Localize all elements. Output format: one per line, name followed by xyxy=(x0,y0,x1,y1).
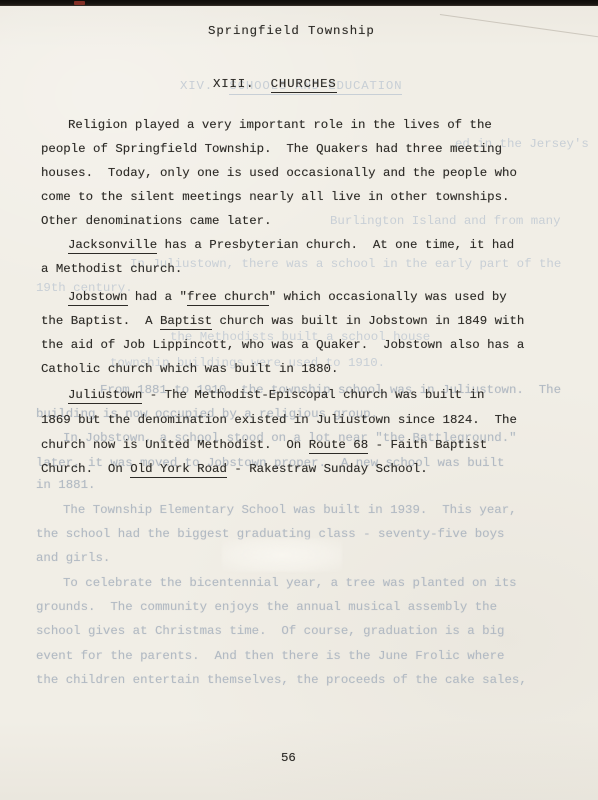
text-line: Catholic church which was built in 1880. xyxy=(41,362,338,377)
text-line: the Baptist. A Baptist church was built … xyxy=(41,314,524,329)
text-line: houses. Today, only one is used occasion… xyxy=(41,166,517,181)
text-line: a Methodist church. xyxy=(41,262,182,277)
text-segment: XIII. xyxy=(213,77,271,91)
text-segment: come to the silent meetings nearly all l… xyxy=(41,190,509,204)
text-segment: the children entertain themselves, the p… xyxy=(36,673,527,687)
text-segment: church was built in Jobstown in 1849 wit… xyxy=(212,314,524,328)
red-ink-mark xyxy=(74,1,85,5)
text-line: 1869 but the denomination existed in Jul… xyxy=(41,413,517,428)
text-segment: Church. On xyxy=(41,462,130,476)
text-segment: and girls. xyxy=(36,551,110,565)
underlined-text-segment: Baptist xyxy=(160,314,212,330)
ghost-text-line: the school had the biggest graduating cl… xyxy=(36,527,504,542)
ghost-text-line: In Juliustown, there was a school in the… xyxy=(130,257,561,272)
text-segment: has a Presbyterian church. At one time, … xyxy=(157,238,514,252)
underlined-text-segment: free church xyxy=(187,290,269,306)
ghost-text-line: Burlington Island and from many xyxy=(330,214,561,229)
ghost-text-line: school gives at Christmas time. Of cours… xyxy=(36,624,504,639)
text-segment: the Baptist. A xyxy=(41,314,160,328)
text-segment: Catholic church which was built in 1880. xyxy=(41,362,338,376)
text-segment: Springfield Township xyxy=(208,24,375,38)
text-segment: Burlington Island and from many xyxy=(330,214,561,228)
ghost-text-line: To celebrate the bicentennial year, a tr… xyxy=(63,576,517,591)
text-segment: church now is United Methodist. On xyxy=(41,438,309,452)
text-segment: Other denominations came later. xyxy=(41,214,272,228)
text-line: come to the silent meetings nearly all l… xyxy=(41,190,509,205)
text-segment: " which occasionally was used by xyxy=(269,290,507,304)
text-line: Church. On Old York Road - Rakestraw Sun… xyxy=(41,462,428,477)
underlined-text-segment: Jobstown xyxy=(68,290,128,306)
underlined-text-segment: CHURCHES xyxy=(271,77,337,93)
ghost-text-line: grounds. The community enjoys the annual… xyxy=(36,600,497,615)
page-number: 56 xyxy=(281,751,296,766)
text-segment: the school had the biggest graduating cl… xyxy=(36,527,504,541)
text-segment: the aid of Job Lippincott, who was a Qua… xyxy=(41,338,524,352)
text-segment: - Faith Baptist xyxy=(368,438,487,452)
text-line: church now is United Methodist. On Route… xyxy=(41,438,487,453)
text-segment: event for the parents. And then there is… xyxy=(36,649,504,663)
text-line: Religion played a very important role in… xyxy=(68,118,492,133)
text-segment: In Juliustown, there was a school in the… xyxy=(130,257,561,271)
text-line: Jacksonville has a Presbyterian church. … xyxy=(68,238,514,253)
text-segment: - Rakestraw Sunday School. xyxy=(227,462,428,476)
text-segment: 1869 but the denomination existed in Jul… xyxy=(41,413,517,427)
text-segment: - The Methodist-Episcopal church was bui… xyxy=(142,388,484,402)
text-segment: houses. Today, only one is used occasion… xyxy=(41,166,517,180)
text-segment: people of Springfield Township. The Quak… xyxy=(41,142,502,156)
ghost-text-line: and girls. xyxy=(36,551,110,566)
ghost-text-line: the children entertain themselves, the p… xyxy=(36,673,527,688)
text-segment: The Township Elementary School was built… xyxy=(63,503,517,517)
paper-smudge xyxy=(222,538,342,572)
ghost-text-line: The Township Elementary School was built… xyxy=(63,503,517,518)
ghost-text-line: in 1881. xyxy=(36,478,96,493)
text-line: Jobstown had a "free church" which occas… xyxy=(68,290,507,305)
text-line: the aid of Job Lippincott, who was a Qua… xyxy=(41,338,524,353)
underlined-text-segment: Old York Road xyxy=(130,462,227,478)
document-title: Springfield Township xyxy=(208,24,375,39)
text-segment: To celebrate the bicentennial year, a tr… xyxy=(63,576,517,590)
text-line: people of Springfield Township. The Quak… xyxy=(41,142,502,157)
text-segment: grounds. The community enjoys the annual… xyxy=(36,600,497,614)
text-segment: a Methodist church. xyxy=(41,262,182,276)
text-segment: school gives at Christmas time. Of cours… xyxy=(36,624,504,638)
text-segment: 56 xyxy=(281,751,296,765)
text-segment: in 1881. xyxy=(36,478,96,492)
text-segment: had a " xyxy=(128,290,188,304)
scanned-document-page: { "document": { "header": "Springfield T… xyxy=(0,0,598,800)
scan-edge-top xyxy=(0,0,598,6)
ghost-text-line: event for the parents. And then there is… xyxy=(36,649,504,664)
chapter-heading: XIII. CHURCHES xyxy=(213,77,337,92)
text-segment: Religion played a very important role in… xyxy=(68,118,492,132)
text-line: Juliustown - The Methodist-Episcopal chu… xyxy=(68,388,484,403)
underlined-text-segment: Jacksonville xyxy=(68,238,157,254)
underlined-text-segment: Juliustown xyxy=(68,388,142,404)
underlined-text-segment: Route 68 xyxy=(309,438,369,454)
scan-scratch-line xyxy=(440,14,598,39)
text-line: Other denominations came later. xyxy=(41,214,272,229)
